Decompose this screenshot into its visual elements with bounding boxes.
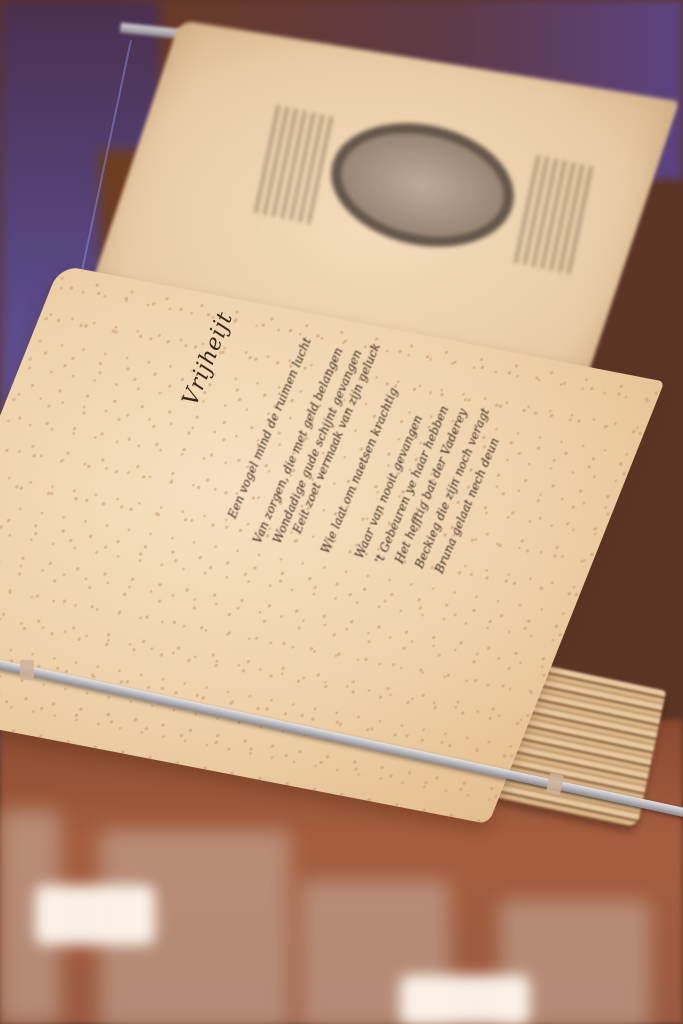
antique-book: Vrijheijt Een vogel mind de ruimen lucht… <box>0 0 683 1024</box>
shelf-clip <box>20 660 34 680</box>
display-case-scene: Vrijheijt Een vogel mind de ruimen lucht… <box>0 0 683 1024</box>
